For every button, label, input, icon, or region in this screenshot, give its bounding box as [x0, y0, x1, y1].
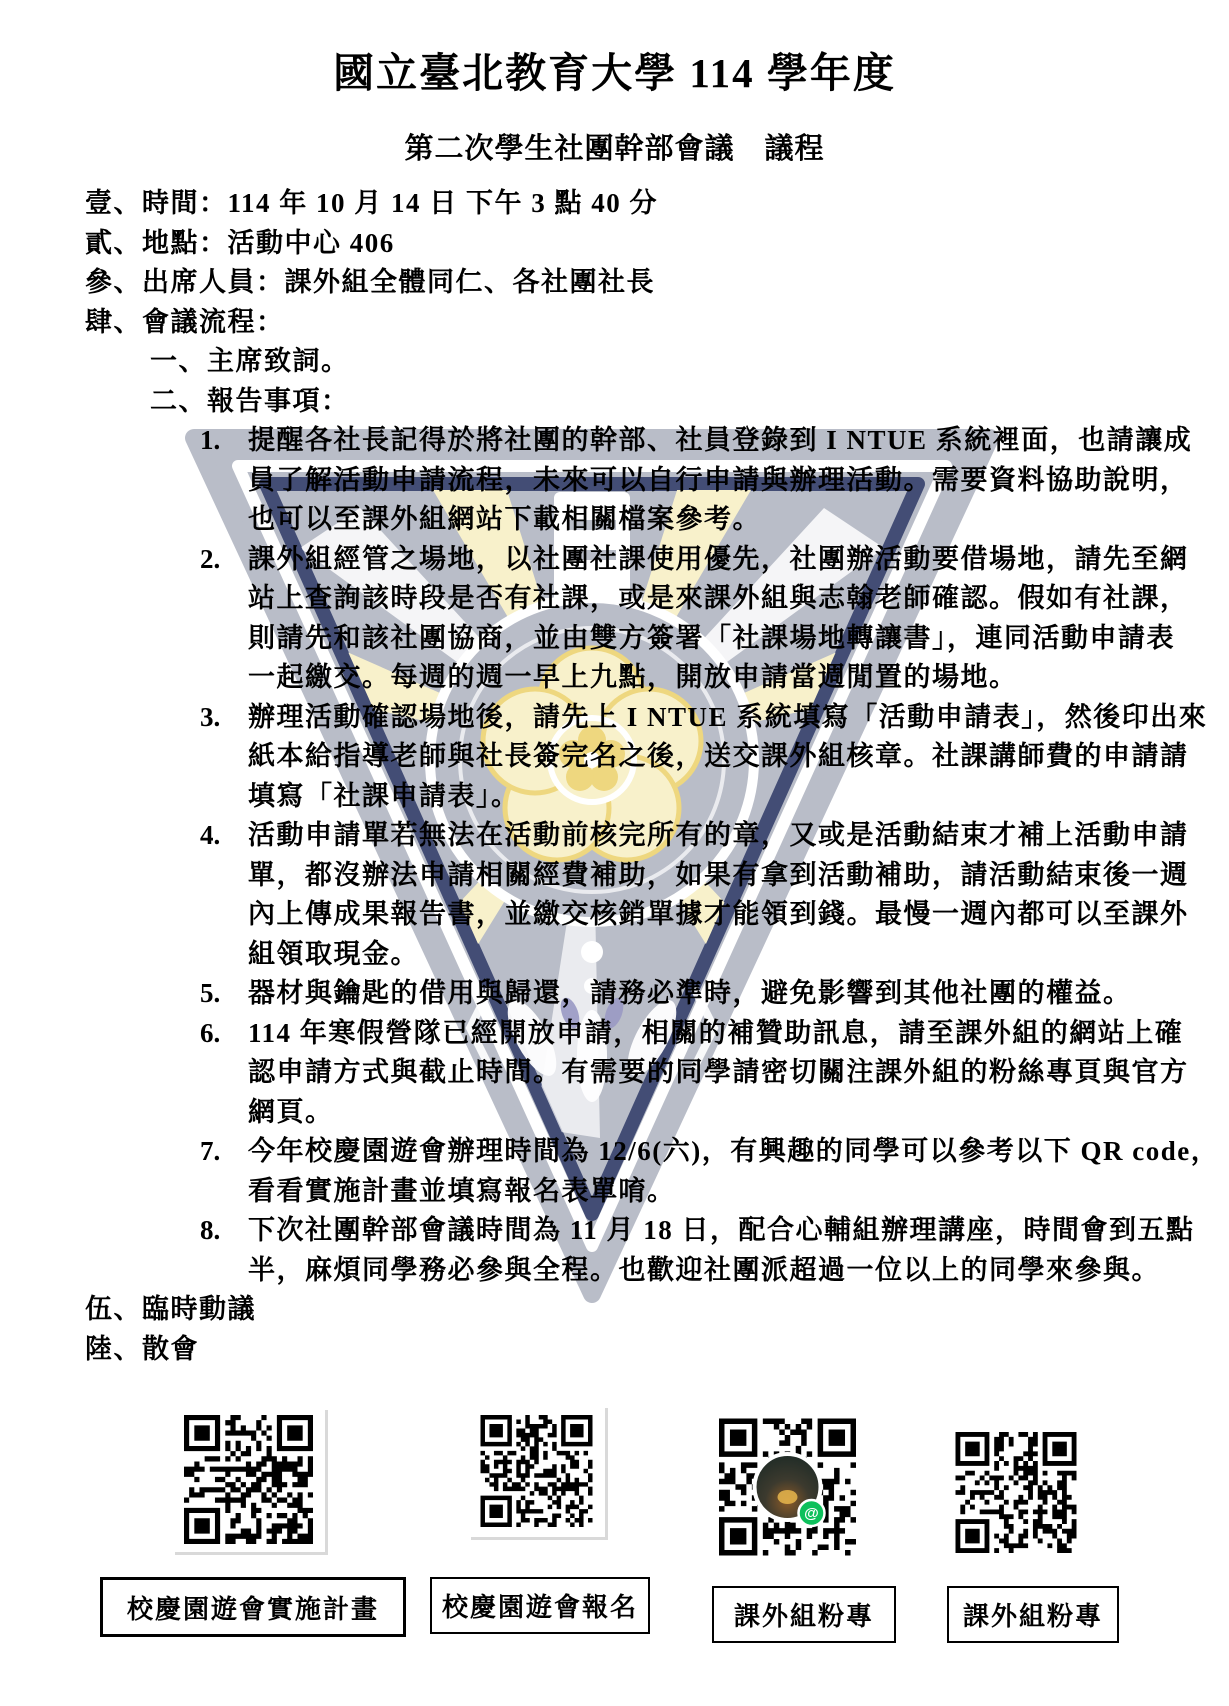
- qr-code-line-fanpage: @: [717, 1416, 858, 1558]
- agenda-item-number: 7.: [200, 1132, 248, 1172]
- agenda-item-line: 一起繳交。每週的週一早上九點，開放申請當週閒置的場地。: [248, 658, 1075, 698]
- agenda-item-line: 組領取現金。: [248, 935, 1075, 975]
- qr-label-fanpage: 課外組粉專: [947, 1586, 1119, 1643]
- agenda-item-line: 員了解活動申請流程，未來可以自行申請與辦理活動。需要資料協助說明，: [248, 461, 1075, 501]
- agenda-item: 8.下次社團幹部會議時間為 11 月 18 日，配合心輔組辦理講座，時間會到五點…: [85, 1211, 1075, 1290]
- qr-label-fair-signup: 校慶園遊會報名: [430, 1577, 650, 1634]
- agenda-item-line: 課外組經管之場地，以社團社課使用優先，社團辦活動要借場地，請先至網: [248, 540, 1075, 580]
- agenda-item-line: 網頁。: [248, 1093, 1075, 1133]
- agenda-item-line: 站上查詢該時段是否有社課，或是來課外組與志翰老師確認。假如有社課，: [248, 579, 1075, 619]
- agenda-item-line: 看看實施計畫並填寫報名表單唷。: [248, 1172, 1075, 1212]
- agenda-item-line: 認申請方式與截止時間。有需要的同學請密切關注課外組的粉絲專頁與官方: [248, 1053, 1075, 1093]
- agenda-item: 1.提醒各社長記得於將社團的幹部、社員登錄到 I NTUE 系統裡面，也請讓成員…: [85, 421, 1075, 540]
- agenda-line: 壹、時間：114 年 10 月 14 日 下午 3 點 40 分: [85, 184, 1075, 224]
- agenda-item-line: 提醒各社長記得於將社團的幹部、社員登錄到 I NTUE 系統裡面，也請讓成: [248, 421, 1075, 461]
- qr-code-fanpage: [952, 1430, 1080, 1555]
- agenda-item: 7.今年校慶園遊會辦理時間為 12/6(六)，有興趣的同學可以參考以下 QR c…: [85, 1132, 1075, 1211]
- document-page: 國立臺北教育大學 114 學年度 第二次學生社團幹部會議 議程 壹、時間：114…: [0, 0, 1229, 1706]
- agenda-body: 壹、時間：114 年 10 月 14 日 下午 3 點 40 分貳、地點：活動中…: [85, 184, 1075, 1369]
- agenda-item-number: 5.: [200, 974, 248, 1014]
- agenda-item-line: 填寫「社課申請表」。: [248, 777, 1075, 817]
- page-subtitle: 第二次學生社團幹部會議 議程: [0, 126, 1229, 167]
- agenda-item: 6.114 年寒假營隊已經開放申請，相關的補贊助訊息，請至課外組的網站上確認申請…: [85, 1014, 1075, 1133]
- agenda-item-line: 半，麻煩同學務必參與全程。也歡迎社團派超過一位以上的同學來參與。: [248, 1251, 1075, 1291]
- agenda-line: 陸、散會: [85, 1330, 1075, 1370]
- agenda-item-line: 內上傳成果報告書，並繳交核銷單據才能領到錢。最慢一週內都可以至課外: [248, 895, 1075, 935]
- agenda-item-number: 3.: [200, 698, 248, 738]
- agenda-item: 4.活動申請單若無法在活動前核完所有的章，又或是活動結束才補上活動申請單，都沒辦…: [85, 816, 1075, 974]
- agenda-line: 二、報告事項：: [85, 382, 1075, 422]
- agenda-item-line: 紙本給指導老師與社長簽完名之後，送交課外組核章。社課講師費的申請請: [248, 737, 1075, 777]
- page-title: 國立臺北教育大學 114 學年度: [0, 40, 1229, 99]
- agenda-item-line: 則請先和該社團協商，並由雙方簽署「社課場地轉讓書」，連同活動申請表: [248, 619, 1075, 659]
- qr-code-fair-plan: [172, 1407, 325, 1552]
- agenda-item-line: 器材與鑰匙的借用與歸還，請務必準時，避免影響到其他社團的權益。: [248, 974, 1075, 1014]
- agenda-item-line: 114 年寒假營隊已經開放申請，相關的補贊助訊息，請至課外組的網站上確: [248, 1014, 1075, 1054]
- agenda-line: 伍、臨時動議: [85, 1290, 1075, 1330]
- agenda-item-line: 活動申請單若無法在活動前核完所有的章，又或是活動結束才補上活動申請: [248, 816, 1075, 856]
- agenda-item-number: 4.: [200, 816, 248, 856]
- agenda-item-line: 也可以至課外組網站下載相關檔案參考。: [248, 500, 1075, 540]
- agenda-item-number: 1.: [200, 421, 248, 461]
- agenda-line: 一、主席致詞。: [85, 342, 1075, 382]
- agenda-item-number: 8.: [200, 1211, 248, 1251]
- document-content: 國立臺北教育大學 114 學年度 第二次學生社團幹部會議 議程 壹、時間：114…: [0, 0, 1229, 1706]
- agenda-item-number: 6.: [200, 1014, 248, 1054]
- svg-text:@: @: [804, 1505, 819, 1522]
- agenda-item-line: 今年校慶園遊會辦理時間為 12/6(六)，有興趣的同學可以參考以下 QR cod…: [248, 1132, 1075, 1172]
- qr-label-fanpage-line: 課外組粉專: [712, 1586, 896, 1643]
- agenda-item-line: 辦理活動確認場地後，請先上 I NTUE 系統填寫「活動申請表」，然後印出來: [248, 698, 1075, 738]
- agenda-item: 5.器材與鑰匙的借用與歸還，請務必準時，避免影響到其他社團的權益。: [85, 974, 1075, 1014]
- agenda-item: 3.辦理活動確認場地後，請先上 I NTUE 系統填寫「活動申請表」，然後印出來…: [85, 698, 1075, 817]
- agenda-line: 貳、地點：活動中心 406: [85, 224, 1075, 264]
- agenda-line: 參、出席人員：課外組全體同仁、各社團社長: [85, 263, 1075, 303]
- agenda-line: 肆、會議流程：: [85, 303, 1075, 343]
- agenda-item-number: 2.: [200, 540, 248, 580]
- agenda-item-line: 單，都沒辦法申請相關經費補助，如果有拿到活動補助，請活動結束後一週: [248, 856, 1075, 896]
- qr-label-fair-plan: 校慶園遊會實施計畫: [100, 1577, 406, 1637]
- qr-code-fair-signup: [468, 1405, 605, 1537]
- agenda-item-line: 下次社團幹部會議時間為 11 月 18 日，配合心輔組辦理講座，時間會到五點: [248, 1211, 1075, 1251]
- agenda-item: 2.課外組經管之場地，以社團社課使用優先，社團辦活動要借場地，請先至網站上查詢該…: [85, 540, 1075, 698]
